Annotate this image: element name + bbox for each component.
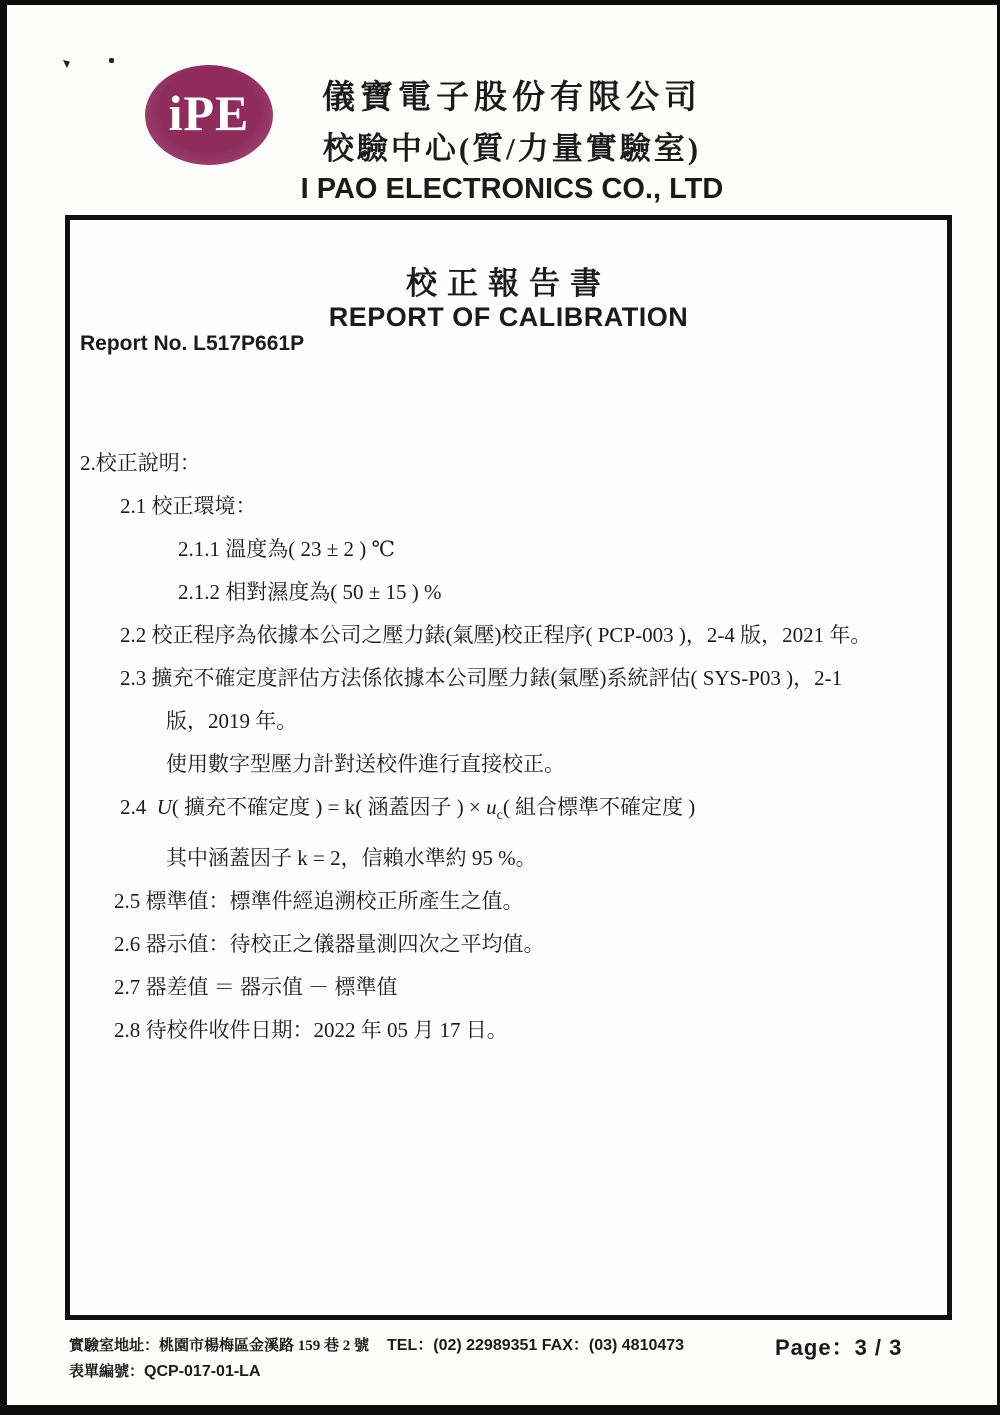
item-2-4-cont: 其中涵蓋因子 k = 2，信賴水準約 95 %。	[70, 837, 947, 880]
item-number: 2.4	[120, 795, 146, 819]
combined-uncertainty-symbol: u	[486, 795, 497, 819]
item-2-5: 2.5 標準值：標準件經追溯校正所產生之值。	[70, 880, 947, 923]
report-title-zh: 校正報告書	[70, 258, 947, 303]
item-2-3-method: 使用數字型壓力計對送校件進行直接校正。	[70, 743, 947, 786]
item-2-3: 2.3 擴充不確定度評估方法係依據本公司壓力錶(氣壓)系統評估( SYS-P03…	[70, 657, 947, 700]
item-2-6: 2.6 器示值：待校正之儀器量測四次之平均值。	[70, 923, 947, 966]
report-frame: 校正報告書 REPORT OF CALIBRATION Report No. L…	[65, 215, 952, 1320]
form-number-row: 表單編號：QCP-017-01-LA	[69, 1359, 769, 1385]
item-2-8: 2.8 待校件收件日期：2022 年 05 月 17 日。	[70, 1009, 947, 1052]
scan-speck	[109, 58, 114, 63]
item-2-4-formula: 2.4 U( 擴充不確定度 ) = k( 涵蓋因子 ) × uc( 組合標準不確…	[70, 786, 947, 837]
calibration-notes: 2.校正說明： 2.1 校正環境： 2.1.1 溫度為( 23 ± 2 ) ℃ …	[70, 442, 947, 1052]
section-heading: 2.校正說明：	[70, 442, 947, 485]
company-name-zh: 儀寶電子股份有限公司	[257, 71, 767, 118]
formula-tail: ( 組合標準不確定度 )	[503, 795, 696, 819]
lab-address: 實驗室地址：桃園市楊梅區金溪路 159 巷 2 號	[69, 1338, 369, 1354]
scan-speck	[63, 60, 70, 68]
logo-text: iPE	[169, 84, 250, 142]
item-2-2: 2.2 校正程序為依據本公司之壓力錶(氣壓)校正程序( PCP-003 )，2-…	[70, 614, 947, 657]
item-2-1-2: 2.1.2 相對濕度為( 50 ± 15 ) %	[70, 571, 947, 614]
calibration-center-zh: 校驗中心(質/力量實驗室)	[257, 123, 767, 168]
footer-info: 實驗室地址：桃園市楊梅區金溪路 159 巷 2 號TEL：(02) 229893…	[69, 1333, 769, 1385]
company-logo: iPE	[145, 65, 273, 165]
report-number: Report No. L517P661P	[80, 332, 304, 356]
formula-middle: ( 擴充不確定度 ) = k( 涵蓋因子 ) ×	[172, 795, 486, 819]
item-2-7: 2.7 器差值 ＝ 器示值 － 標準值	[70, 966, 947, 1009]
item-2-1: 2.1 校正環境：	[70, 485, 947, 528]
form-number-label: 表單編號：	[69, 1364, 144, 1380]
form-number: QCP-017-01-LA	[144, 1363, 260, 1380]
tel-fax: TEL：(02) 22989351 FAX：(03) 4810473	[387, 1337, 684, 1354]
item-2-1-1: 2.1.1 溫度為( 23 ± 2 ) ℃	[70, 528, 947, 571]
calibration-report-page: iPE 儀寶電子股份有限公司 校驗中心(質/力量實驗室) I PAO ELECT…	[0, 0, 1000, 1415]
report-title-en: REPORT OF CALIBRATION	[70, 302, 947, 333]
page-number: Page：3 / 3	[775, 1331, 902, 1362]
company-name-en: I PAO ELECTRONICS CO., LTD	[257, 173, 767, 206]
expanded-uncertainty-symbol: U	[157, 795, 172, 819]
item-2-3-cont: 版，2019 年。	[70, 700, 947, 743]
lab-address-row: 實驗室地址：桃園市楊梅區金溪路 159 巷 2 號TEL：(02) 229893…	[69, 1333, 769, 1359]
